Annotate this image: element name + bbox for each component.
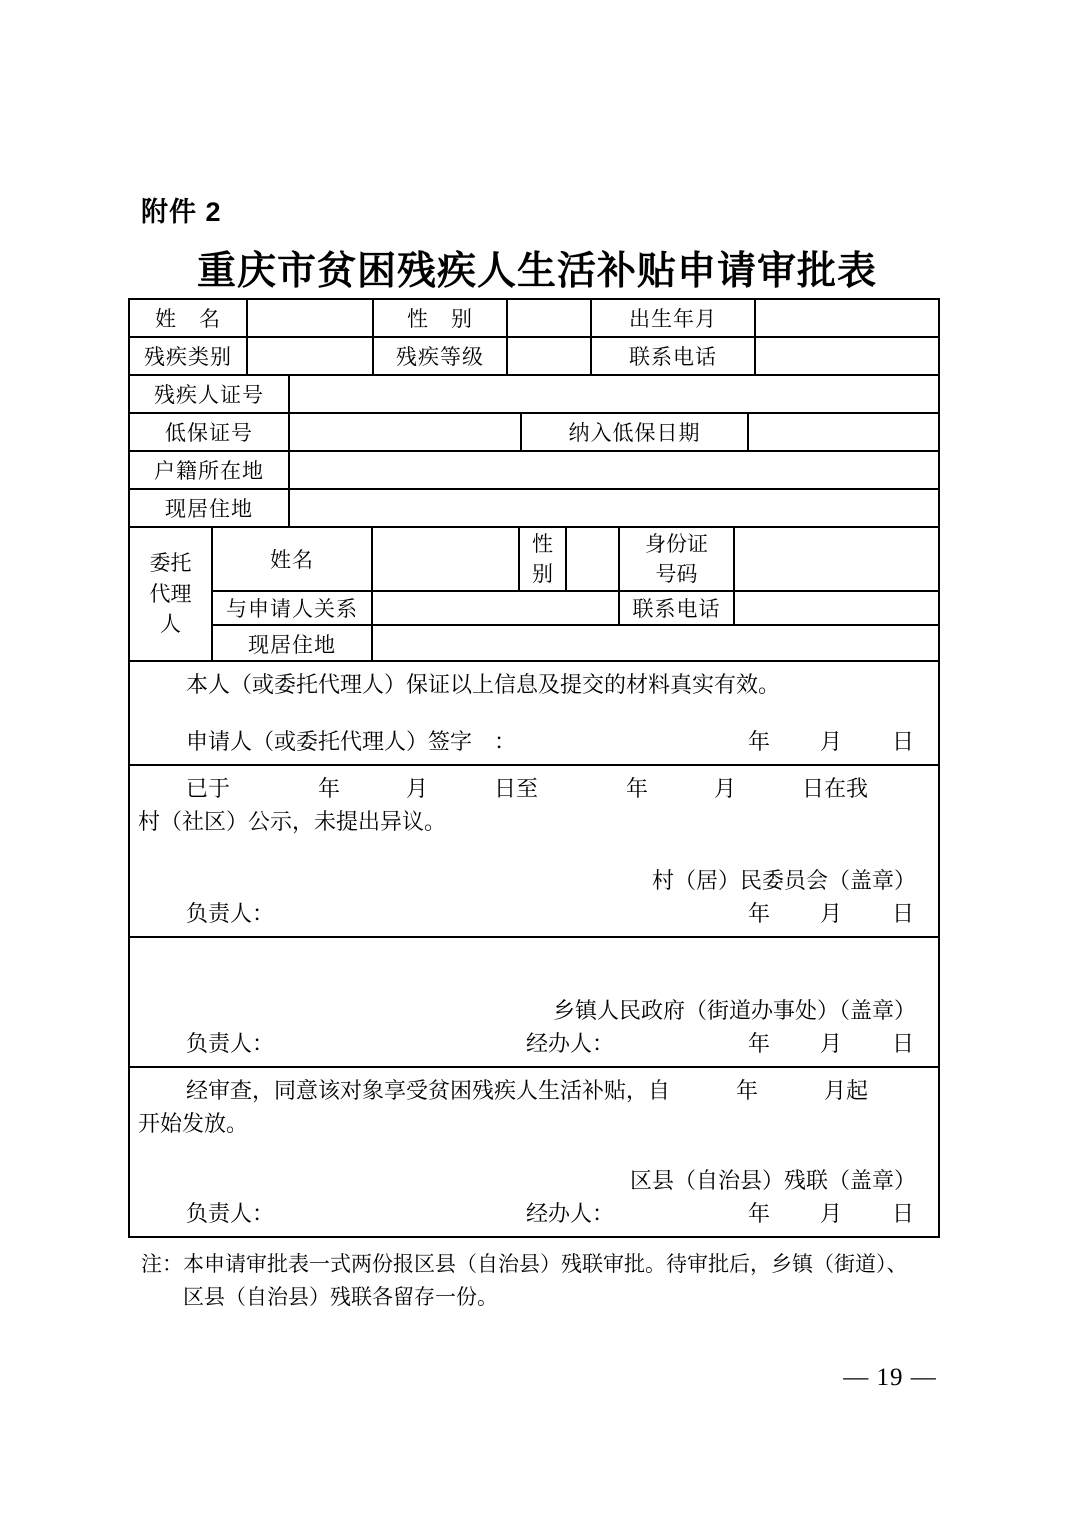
agent-phone-value	[735, 592, 938, 624]
disability-level-value	[508, 338, 592, 374]
village-date: 年 月 日	[748, 897, 916, 930]
table-row: 现居住地	[130, 490, 938, 528]
application-form-table: 姓 名 性 别 出生年月 残疾类别 残疾等级 联系电话 残疾人证号 低保证号 纳…	[128, 298, 940, 1238]
agent-relation-value	[373, 592, 620, 624]
district-stamp-label: 区县（自治县）残联（盖章）	[138, 1164, 930, 1197]
residence-value	[290, 490, 938, 526]
agent-group-label: 委托代理人	[130, 528, 213, 660]
disability-cert-label: 残疾人证号	[130, 376, 290, 412]
footnote-body: 本申请审批表一式两份报区县（自治县）残联审批。待审批后，乡镇（街道）、 区县（自…	[183, 1248, 941, 1313]
applicant-name-value	[248, 300, 374, 336]
agent-id-value	[735, 528, 938, 590]
township-sign-line: 负责人： 经办人： 年 月 日	[138, 1027, 930, 1060]
attachment-label: 附件 2	[141, 190, 222, 229]
district-sign-line: 负责人： 经办人： 年 月 日	[138, 1197, 930, 1230]
township-stamp-label: 乡镇人民政府（街道办事处）（盖章）	[138, 994, 930, 1027]
village-sign-line: 负责人： 年 月 日	[138, 897, 930, 930]
agent-row-residence: 现居住地	[213, 626, 938, 662]
agent-id-label-text: 身份证号码	[641, 529, 712, 590]
agent-row-name: 姓名 性别 身份证号码	[213, 528, 938, 592]
document-page: 附件 2 重庆市贫困残疾人生活补贴申请审批表 姓 名 性 别 出生年月 残疾类别…	[0, 0, 1074, 1520]
table-row: 姓 名 性 别 出生年月	[130, 300, 938, 338]
agent-relation-label: 与申请人关系	[213, 592, 373, 624]
footnote-line2: 区县（自治县）残联各留存一份。	[183, 1285, 498, 1309]
agent-name-value	[373, 528, 520, 590]
agent-group-label-text: 委托代理人	[145, 548, 195, 639]
dibao-cert-label: 低保证号	[130, 414, 290, 450]
dibao-date-value	[749, 414, 938, 450]
agent-residence-value	[373, 626, 938, 662]
agent-block: 委托代理人 姓名 性别 身份证号码 与申请人关系	[130, 528, 938, 662]
household-value	[290, 452, 938, 488]
notice-line1: 已于 年 月 日至 年 月 日在我	[138, 772, 930, 805]
declaration-text: 本人（或委托代理人）保证以上信息及提交的材料真实有效。	[138, 668, 930, 701]
declaration-date: 年 月 日	[748, 725, 916, 758]
disability-cert-value	[290, 376, 938, 412]
agent-name-label: 姓名	[213, 528, 373, 590]
page-title: 重庆市贫困残疾人生活补贴申请审批表	[0, 240, 1074, 296]
agent-phone-label: 联系电话	[620, 592, 735, 624]
applicant-birth-label: 出生年月	[592, 300, 756, 336]
page-number: — 19 —	[835, 1364, 945, 1392]
notice-line2: 村（社区）公示，未提出异议。	[138, 805, 930, 838]
village-notice-section: 已于 年 月 日至 年 月 日在我 村（社区）公示，未提出异议。 村（居）民委员…	[130, 766, 938, 938]
table-row: 低保证号 纳入低保日期	[130, 414, 938, 452]
village-responsible-label: 负责人：	[186, 897, 274, 930]
disability-type-label: 残疾类别	[130, 338, 248, 374]
township-responsible-label: 负责人：	[186, 1027, 274, 1060]
dibao-date-label: 纳入低保日期	[522, 414, 749, 450]
footnote: 注： 本申请审批表一式两份报区县（自治县）残联审批。待审批后，乡镇（街道）、 区…	[141, 1248, 941, 1313]
agent-gender-label: 性别	[520, 528, 567, 590]
approval-line1: 经审查，同意该对象享受贫困残疾人生活补贴，自 年 月起	[138, 1074, 930, 1107]
applicant-gender-label: 性 别	[374, 300, 508, 336]
declaration-sign-label: 申请人（或委托代理人）签字 ：	[186, 725, 516, 758]
agent-residence-label: 现居住地	[213, 626, 373, 662]
township-date: 年 月 日	[748, 1027, 916, 1060]
district-date: 年 月 日	[748, 1197, 916, 1230]
footnote-line1: 本申请审批表一式两份报区县（自治县）残联审批。待审批后，乡镇（街道）、	[183, 1252, 908, 1276]
applicant-gender-value	[508, 300, 592, 336]
agent-row-relation: 与申请人关系 联系电话	[213, 592, 938, 626]
declaration-sign-line: 申请人（或委托代理人）签字 ： 年 月 日	[138, 725, 930, 758]
applicant-birth-value	[756, 300, 938, 336]
agent-id-label: 身份证号码	[620, 528, 735, 590]
disability-level-label: 残疾等级	[374, 338, 508, 374]
district-handler-label: 经办人：	[526, 1197, 614, 1230]
applicant-phone-value	[756, 338, 938, 374]
village-stamp-label: 村（居）民委员会（盖章）	[138, 864, 930, 897]
applicant-name-label: 姓 名	[130, 300, 248, 336]
residence-label: 现居住地	[130, 490, 290, 526]
household-label: 户籍所在地	[130, 452, 290, 488]
applicant-phone-label: 联系电话	[592, 338, 756, 374]
district-responsible-label: 负责人：	[186, 1197, 274, 1230]
table-row: 户籍所在地	[130, 452, 938, 490]
agent-gender-label-text: 性别	[530, 529, 555, 590]
dibao-cert-value	[290, 414, 522, 450]
township-handler-label: 经办人：	[526, 1027, 614, 1060]
declaration-section: 本人（或委托代理人）保证以上信息及提交的材料真实有效。 申请人（或委托代理人）签…	[130, 662, 938, 766]
table-row: 残疾人证号	[130, 376, 938, 414]
footnote-prefix: 注：	[141, 1248, 183, 1313]
township-section: 乡镇人民政府（街道办事处）（盖章） 负责人： 经办人： 年 月 日	[130, 938, 938, 1068]
table-row: 残疾类别 残疾等级 联系电话	[130, 338, 938, 376]
agent-gender-value	[567, 528, 620, 590]
approval-line2: 开始发放。	[138, 1107, 930, 1140]
disability-type-value	[248, 338, 374, 374]
agent-subtable: 姓名 性别 身份证号码 与申请人关系 联系电话	[213, 528, 938, 660]
district-approval-section: 经审查，同意该对象享受贫困残疾人生活补贴，自 年 月起 开始发放。 区县（自治县…	[130, 1068, 938, 1236]
